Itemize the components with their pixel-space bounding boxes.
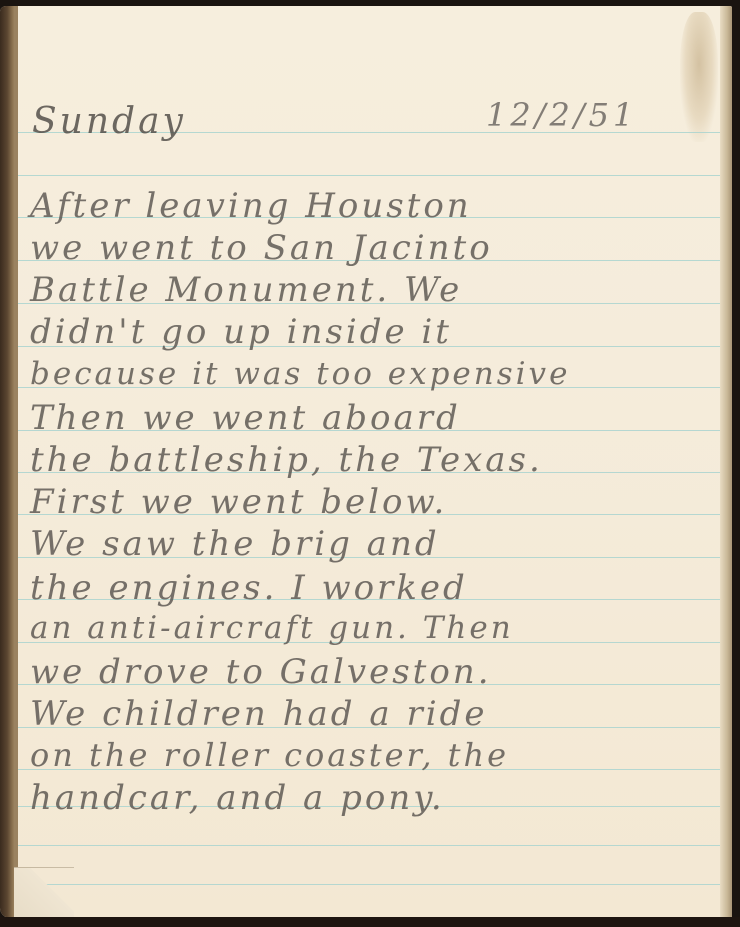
text-line: the battleship, the Texas. bbox=[30, 440, 543, 480]
text-line: the engines. I worked bbox=[30, 568, 468, 608]
diary-page: Sunday 12/2/51 After leaving Houston we … bbox=[0, 6, 732, 918]
text-line: handcar, and a pony. bbox=[30, 778, 445, 818]
text-line: First we went below. bbox=[30, 482, 447, 522]
text-line: Battle Monument. We bbox=[30, 270, 462, 310]
ruled-line bbox=[18, 845, 720, 846]
entry-date: 12/2/51 bbox=[486, 96, 637, 134]
page-gutter bbox=[720, 6, 732, 918]
paper-stain bbox=[680, 12, 718, 142]
text-line: We children had a ride bbox=[30, 694, 487, 734]
text-line: Then we went aboard bbox=[30, 398, 461, 438]
entry-day-heading: Sunday bbox=[32, 101, 186, 142]
text-line: an anti-aircraft gun. Then bbox=[30, 610, 514, 646]
folded-corner bbox=[14, 867, 74, 918]
ruled-line bbox=[18, 175, 720, 176]
text-line: didn't go up inside it bbox=[30, 312, 452, 352]
text-line: because it was too expensive bbox=[30, 356, 570, 392]
text-line: on the roller coaster, the bbox=[30, 736, 509, 774]
text-line: We saw the brig and bbox=[30, 524, 440, 564]
text-line: we went to San Jacinto bbox=[30, 228, 493, 268]
ruled-line bbox=[18, 884, 720, 885]
binding-edge bbox=[14, 6, 18, 918]
text-line: After leaving Houston bbox=[30, 186, 472, 226]
text-line: we drove to Galveston. bbox=[30, 652, 492, 692]
background-edge bbox=[0, 917, 740, 927]
